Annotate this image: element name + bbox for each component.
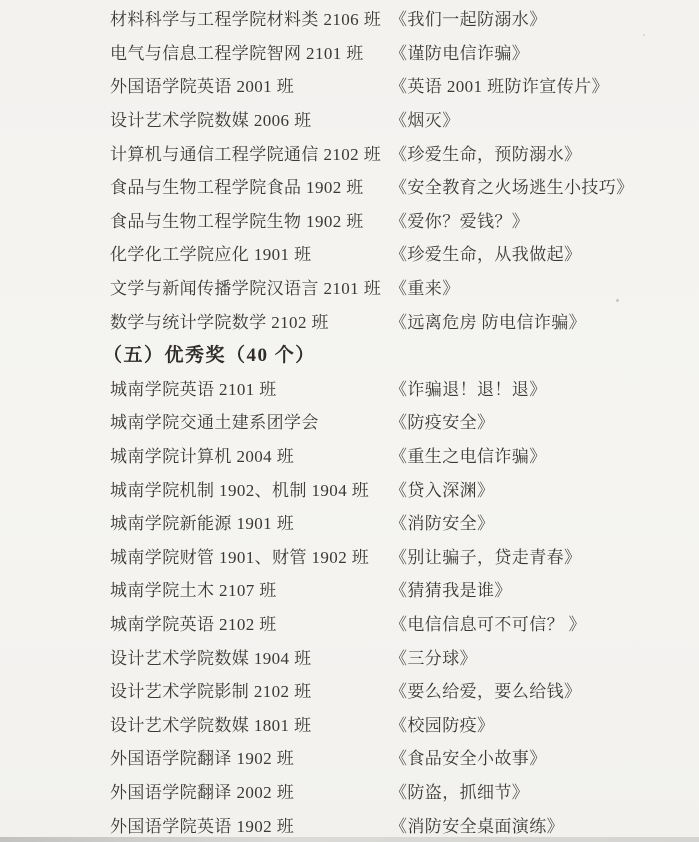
- work-title: 《爱你？爱钱？》: [390, 207, 699, 232]
- class-name: 城南学院英语 2102 班: [110, 610, 390, 635]
- scan-noise-dot: [616, 299, 619, 302]
- work-title: 《谨防电信诈骗》: [390, 39, 699, 64]
- award-row: 城南学院新能源 1901 班 《消防安全》: [0, 505, 699, 539]
- section-heading: （五）优秀奖（40 个）: [0, 337, 699, 371]
- award-row: 设计艺术学院数媒 2006 班 《烟灭》: [0, 102, 699, 136]
- class-name: 设计艺术学院数媒 2006 班: [110, 106, 390, 131]
- award-list-top: 材料科学与工程学院材料类 2106 班 《我们一起防溺水》 电气与信息工程学院智…: [0, 1, 699, 337]
- award-row: 电气与信息工程学院智网 2101 班 《谨防电信诈骗》: [0, 35, 699, 69]
- work-title: 《校园防疫》: [390, 711, 699, 736]
- class-name: 材料科学与工程学院材料类 2106 班: [110, 5, 390, 30]
- class-name: 计算机与通信工程学院通信 2102 班: [110, 140, 390, 165]
- award-row: 城南学院财管 1901、财管 1902 班 《别让骗子，贷走青春》: [0, 539, 699, 573]
- award-list-bottom: 城南学院英语 2101 班 《诈骗退！退！退》 城南学院交通土建系团学会 《防疫…: [0, 371, 699, 841]
- award-row: 计算机与通信工程学院通信 2102 班 《珍爱生命，预防溺水》: [0, 135, 699, 169]
- work-title: 《食品安全小故事》: [390, 744, 699, 769]
- class-name: 食品与生物工程学院食品 1902 班: [110, 173, 390, 198]
- work-title: 《我们一起防溺水》: [390, 5, 699, 30]
- work-title: 《贷入深渊》: [390, 476, 699, 501]
- class-name: 食品与生物工程学院生物 1902 班: [110, 207, 390, 232]
- award-row: 材料科学与工程学院材料类 2106 班 《我们一起防溺水》: [0, 1, 699, 35]
- award-row: 设计艺术学院数媒 1801 班 《校园防疫》: [0, 706, 699, 740]
- award-row: 设计艺术学院影制 2102 班 《要么给爱，要么给钱》: [0, 673, 699, 707]
- class-name: 文学与新闻传播学院汉语言 2101 班: [110, 274, 390, 299]
- class-name: 城南学院交通土建系团学会: [110, 408, 390, 433]
- work-title: 《别让骗子，贷走青春》: [390, 543, 699, 568]
- class-name: 城南学院新能源 1901 班: [110, 509, 390, 534]
- award-row: 食品与生物工程学院食品 1902 班 《安全教育之火场逃生小技巧》: [0, 169, 699, 203]
- scan-edge-shadow: [0, 837, 699, 842]
- award-row: 化学化工学院应化 1901 班 《珍爱生命，从我做起》: [0, 236, 699, 270]
- work-title: 《烟灭》: [390, 106, 699, 131]
- award-row: 数学与统计学院数学 2102 班 《远离危房 防电信诈骗》: [0, 303, 699, 337]
- work-title: 《远离危房 防电信诈骗》: [390, 308, 699, 333]
- class-name: 外国语学院英语 2001 班: [110, 72, 390, 97]
- work-title: 《消防安全》: [390, 509, 699, 534]
- class-name: 外国语学院英语 1902 班: [110, 812, 390, 837]
- work-title: 《三分球》: [390, 644, 699, 669]
- class-name: 数学与统计学院数学 2102 班: [110, 308, 390, 333]
- work-title: 《电信信息可不可信？ 》: [390, 610, 699, 635]
- work-title: 《珍爱生命，从我做起》: [390, 240, 699, 265]
- class-name: 城南学院英语 2101 班: [110, 375, 390, 400]
- class-name: 城南学院财管 1901、财管 1902 班: [110, 543, 390, 568]
- work-title: 《防盗，抓细节》: [390, 778, 699, 803]
- award-row: 城南学院交通土建系团学会 《防疫安全》: [0, 404, 699, 438]
- work-title: 《诈骗退！退！退》: [390, 375, 699, 400]
- class-name: 化学化工学院应化 1901 班: [110, 240, 390, 265]
- award-row: 城南学院机制 1902、机制 1904 班 《贷入深渊》: [0, 471, 699, 505]
- award-row: 城南学院计算机 2004 班 《重生之电信诈骗》: [0, 438, 699, 472]
- work-title: 《消防安全桌面演练》: [390, 812, 699, 837]
- class-name: 城南学院机制 1902、机制 1904 班: [110, 476, 390, 501]
- scanned-document-page: 材料科学与工程学院材料类 2106 班 《我们一起防溺水》 电气与信息工程学院智…: [0, 0, 699, 842]
- class-name: 城南学院计算机 2004 班: [110, 442, 390, 467]
- award-row: 城南学院英语 2101 班 《诈骗退！退！退》: [0, 371, 699, 405]
- work-title: 《重生之电信诈骗》: [390, 442, 699, 467]
- award-row: 食品与生物工程学院生物 1902 班 《爱你？爱钱？》: [0, 203, 699, 237]
- work-title: 《重来》: [390, 274, 699, 299]
- class-name: 电气与信息工程学院智网 2101 班: [110, 39, 390, 64]
- class-name: 设计艺术学院数媒 1801 班: [110, 711, 390, 736]
- award-row: 外国语学院英语 1902 班 《消防安全桌面演练》: [0, 807, 699, 841]
- work-title: 《安全教育之火场逃生小技巧》: [390, 173, 699, 198]
- award-row: 城南学院英语 2102 班 《电信信息可不可信？ 》: [0, 606, 699, 640]
- class-name: 城南学院土木 2107 班: [110, 576, 390, 601]
- class-name: 外国语学院翻译 2002 班: [110, 778, 390, 803]
- class-name: 外国语学院翻译 1902 班: [110, 744, 390, 769]
- award-row: 外国语学院翻译 1902 班 《食品安全小故事》: [0, 740, 699, 774]
- work-title: 《防疫安全》: [390, 408, 699, 433]
- award-list-content: 材料科学与工程学院材料类 2106 班 《我们一起防溺水》 电气与信息工程学院智…: [0, 0, 699, 841]
- work-title: 《猜猜我是谁》: [390, 576, 699, 601]
- award-row: 外国语学院英语 2001 班 《英语 2001 班防诈宣传片》: [0, 68, 699, 102]
- class-name: 设计艺术学院影制 2102 班: [110, 677, 390, 702]
- scan-noise-dot: [643, 34, 645, 36]
- work-title: 《珍爱生命，预防溺水》: [390, 140, 699, 165]
- work-title: 《英语 2001 班防诈宣传片》: [390, 72, 699, 97]
- award-row: 设计艺术学院数媒 1904 班 《三分球》: [0, 639, 699, 673]
- award-row: 文学与新闻传播学院汉语言 2101 班 《重来》: [0, 270, 699, 304]
- work-title: 《要么给爱，要么给钱》: [390, 677, 699, 702]
- class-name: 设计艺术学院数媒 1904 班: [110, 644, 390, 669]
- award-row: 城南学院土木 2107 班 《猜猜我是谁》: [0, 572, 699, 606]
- award-row: 外国语学院翻译 2002 班 《防盗，抓细节》: [0, 774, 699, 808]
